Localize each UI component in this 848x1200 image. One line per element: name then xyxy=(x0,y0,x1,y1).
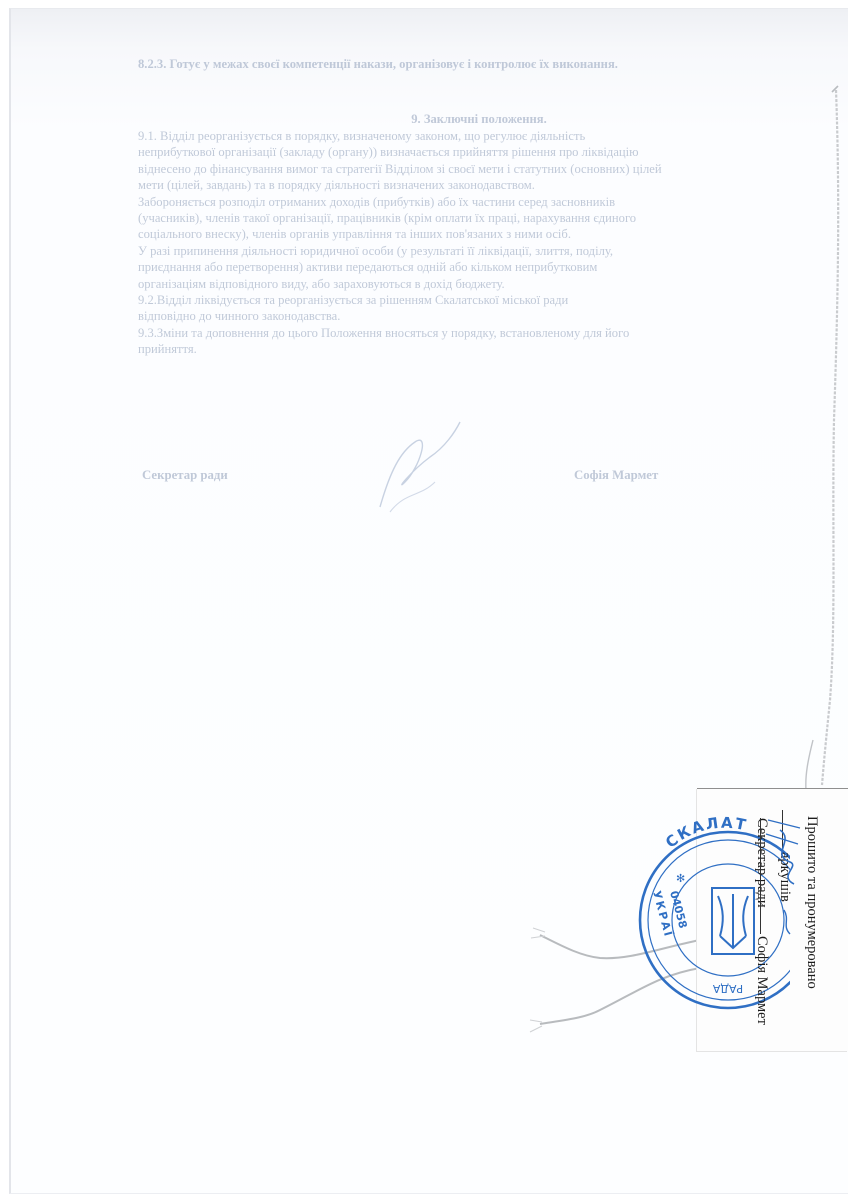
certification-secretary-name: Софія Мармет xyxy=(753,936,770,1025)
svg-text:РАДА: РАДА xyxy=(712,982,743,995)
svg-text:✻: ✻ xyxy=(676,872,685,885)
handwritten-signature-icon xyxy=(760,800,810,940)
